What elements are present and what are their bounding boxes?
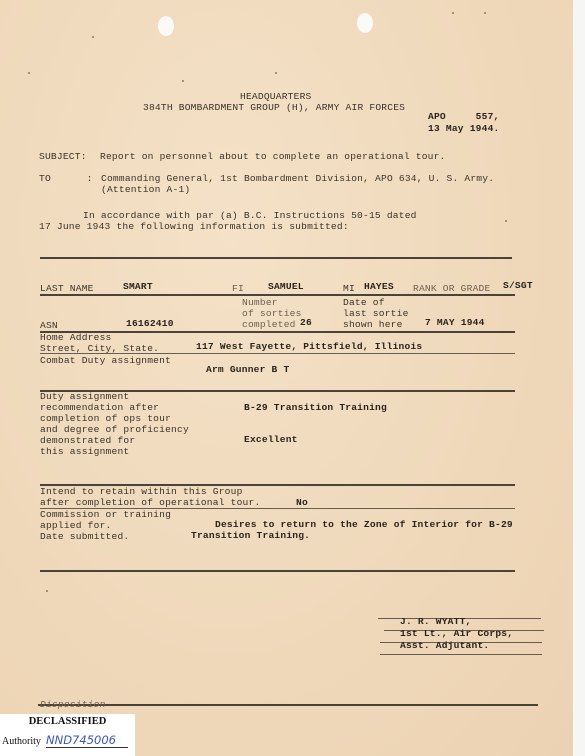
last-sortie-value: 7 MAY 1944: [425, 317, 485, 328]
intend-label-1: Intend to retain within this Group: [40, 486, 243, 497]
rank-value: S/SGT: [503, 280, 533, 291]
name-row-rule: [40, 294, 515, 296]
speck: [46, 590, 48, 592]
declassified-stamp: DECLASSIFIED Authority NND745006: [0, 714, 135, 756]
header-apo: APO 557,: [428, 111, 500, 122]
disposition-label: Disposition: [40, 699, 106, 710]
subject-label: SUBJECT:: [39, 151, 87, 162]
punch-hole-right: [357, 13, 373, 33]
duty-label-5: demonstrated for: [40, 435, 135, 446]
duty-label-2: recommendation after: [40, 402, 159, 413]
signature-name: J. R. WYATT,: [400, 616, 472, 627]
header-line2: 384TH BOMBARDMENT GROUP (H), ARMY AIR FO…: [143, 102, 405, 113]
header-line1: HEADQUARTERS: [240, 91, 312, 102]
first-name-label: FI: [232, 283, 244, 294]
middle-initial-label: MI: [343, 283, 355, 294]
to-label: TO :: [39, 173, 93, 184]
duty-label-4: and degree of proficiency: [40, 424, 189, 435]
speck: [28, 72, 30, 74]
last-name-value: SMART: [123, 281, 153, 292]
intro-line2: 17 June 1943 the following information i…: [39, 221, 349, 232]
duty-label-1: Duty assignment: [40, 391, 129, 402]
speck: [275, 72, 277, 74]
first-name-value: SAMUEL: [268, 281, 304, 292]
combat-value: Arm Gunner B T: [206, 364, 289, 375]
authority-label: Authority: [2, 736, 41, 747]
duty-recommendation-value: B-29 Transition Training: [244, 402, 387, 413]
header-date: 13 May 1944.: [428, 123, 500, 134]
commission-label-1: Commission or training: [40, 509, 171, 520]
address-label-2: Street, City, State.: [40, 343, 159, 354]
last-name-label: LAST NAME: [40, 283, 94, 294]
last-sortie-label-3: shown here: [343, 319, 403, 330]
proficiency-value: Excellent: [244, 434, 298, 445]
form-top-rule: [40, 257, 512, 259]
to-line2: (Attention A-1): [101, 184, 190, 195]
authority-value: NND745006: [46, 733, 128, 748]
signature-rank: 1st Lt., Air Corps,: [400, 628, 513, 639]
commission-row-rule: [40, 570, 515, 572]
subject-text: Report on personnel about to complete an…: [100, 151, 446, 162]
sorties-label-1: Number: [242, 297, 278, 308]
asn-value: 16162410: [126, 318, 174, 329]
duty-label-6: this assignment: [40, 446, 129, 457]
signature-title: Asst. Adjutant.: [400, 640, 489, 651]
document-page: HEADQUARTERS 384TH BOMBARDMENT GROUP (H)…: [0, 0, 573, 756]
disposition-rule: [38, 704, 538, 706]
commission-label-3: Date submitted.: [40, 531, 129, 542]
sorties-value: 26: [300, 317, 312, 328]
speck: [452, 12, 454, 14]
asn-label: ASN: [40, 320, 58, 331]
page-edge: [573, 0, 585, 756]
address-label-1: Home Address: [40, 332, 112, 343]
rank-label: RANK OR GRADE: [413, 283, 490, 294]
punch-hole-left: [158, 16, 174, 36]
speck: [505, 220, 507, 222]
combat-label: Combat Duty assignment: [40, 355, 171, 366]
commission-value-line2: Transition Training.: [191, 530, 310, 541]
commission-value-line1: Desires to return to the Zone of Interio…: [215, 519, 513, 530]
intro-line1: In accordance with par (a) B.C. Instruct…: [83, 210, 417, 221]
duty-label-3: completion of ops tour: [40, 413, 171, 424]
address-value: 117 West Fayette, Pittsfield, Illinois: [196, 341, 422, 352]
middle-name-value: HAYES: [364, 281, 394, 292]
to-line1: Commanding General, 1st Bombardment Divi…: [101, 173, 494, 184]
declassified-heading: DECLASSIFIED: [0, 716, 135, 727]
speck: [484, 12, 486, 14]
intend-label-2: after completion of operational tour.: [40, 497, 260, 508]
speck: [182, 80, 184, 82]
commission-label-2: applied for.: [40, 520, 112, 531]
last-sortie-label-1: Date of: [343, 297, 385, 308]
speck: [92, 36, 94, 38]
intend-value: No: [296, 497, 308, 508]
sorties-label-3: completed: [242, 319, 296, 330]
last-sortie-label-2: last sortie: [343, 308, 409, 319]
signature-rule-4: [380, 654, 542, 655]
sorties-label-2: of sorties: [242, 308, 302, 319]
